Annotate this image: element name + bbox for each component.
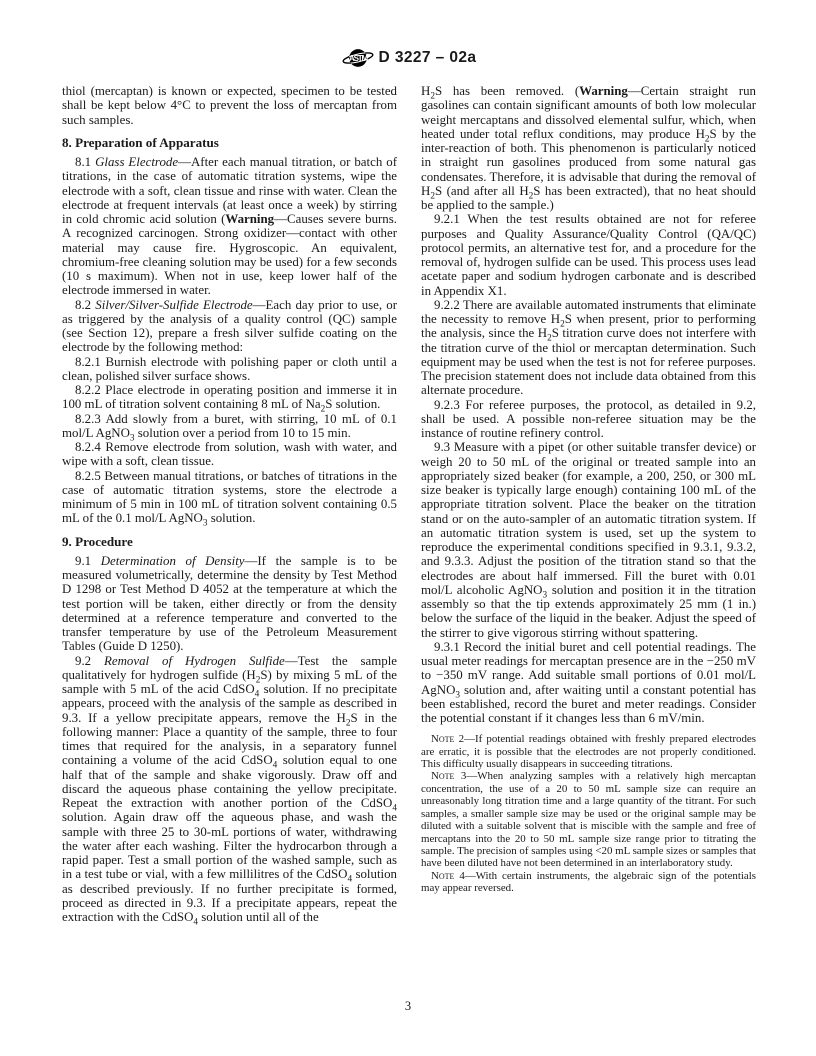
document-page: ASTM D 3227 – 02a thiol (mercaptan) is k…: [0, 0, 816, 1056]
body-paragraph: 8.2 Silver/Silver-Sulfide Electrode—Each…: [62, 298, 397, 355]
body-paragraph: 9.2.3 For referee purposes, the protocol…: [421, 398, 756, 441]
body-paragraph: 8.2.4 Remove electrode from solution, wa…: [62, 440, 397, 469]
body-paragraph: 9.2.2 There are available automated inst…: [421, 298, 756, 398]
body-paragraph: 8.2.1 Burnish electrode with polishing p…: [62, 355, 397, 384]
page-footer: 3: [0, 999, 816, 1014]
section-heading: 8. Preparation of Apparatus: [62, 136, 397, 150]
standard-designation: D 3227 – 02a: [379, 49, 477, 67]
body-paragraph: 8.2.3 Add slowly from a buret, with stir…: [62, 412, 397, 441]
body-paragraph: 9.3.1 Record the initial buret and cell …: [421, 640, 756, 726]
body-paragraph: thiol (mercaptan) is known or expected, …: [62, 84, 397, 127]
note-paragraph: Note 2—If potential readings obtained wi…: [421, 733, 756, 770]
note-paragraph: Note 3—When analyzing samples with a rel…: [421, 770, 756, 869]
body-paragraph: 8.2.2 Place electrode in operating posit…: [62, 383, 397, 412]
svg-text:ASTM: ASTM: [349, 54, 368, 63]
two-column-body: thiol (mercaptan) is known or expected, …: [62, 84, 756, 924]
page-header: ASTM D 3227 – 02a: [62, 46, 756, 70]
body-paragraph: H2S has been removed. (Warning—Certain s…: [421, 84, 756, 212]
body-paragraph: 8.1 Glass Electrode—After each manual ti…: [62, 155, 397, 298]
note-label: Note 4: [431, 870, 465, 882]
left-column: thiol (mercaptan) is known or expected, …: [62, 84, 397, 924]
section-heading: 9. Procedure: [62, 535, 397, 549]
body-paragraph: 9.2.1 When the test results obtained are…: [421, 212, 756, 298]
body-paragraph: 9.1 Determination of Density—If the samp…: [62, 554, 397, 654]
body-paragraph: 8.2.5 Between manual titrations, or batc…: [62, 469, 397, 526]
body-paragraph: 9.3 Measure with a pipet (or other suita…: [421, 440, 756, 640]
note-paragraph: Note 4—With certain instruments, the alg…: [421, 870, 756, 895]
note-label: Note 3: [431, 770, 466, 782]
note-label: Note 2: [431, 733, 464, 745]
astm-logo-icon: ASTM: [342, 46, 374, 70]
right-column: H2S has been removed. (Warning—Certain s…: [421, 84, 756, 924]
body-paragraph: 9.2 Removal of Hydrogen Sulfide—Test the…: [62, 654, 397, 925]
page-number: 3: [405, 999, 411, 1013]
